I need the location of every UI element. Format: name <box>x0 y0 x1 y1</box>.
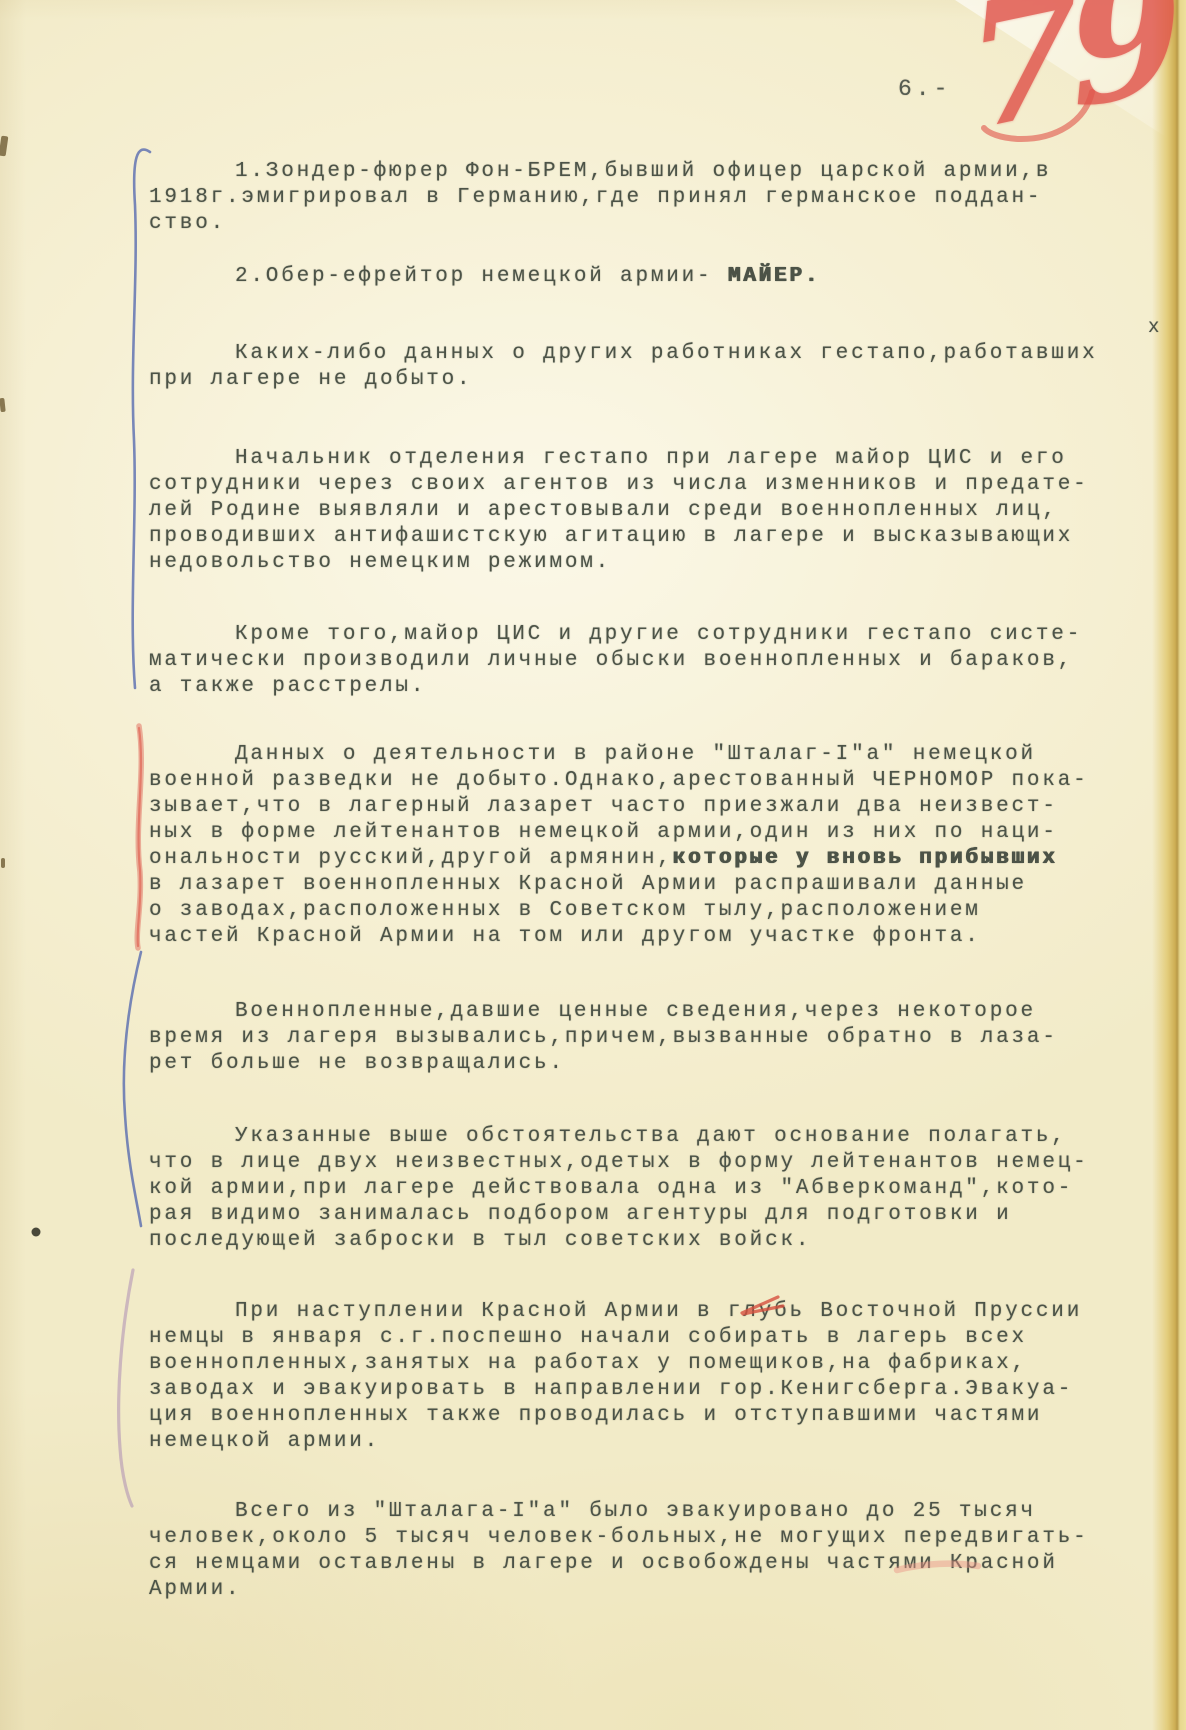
typed-line: Каких-либо данных о других работниках ге… <box>149 341 1098 367</box>
typed-line: Указанные выше обстоятельства дают основ… <box>149 1124 1089 1150</box>
typed-line: рая видимо занималась подбором агентуры … <box>149 1202 1089 1228</box>
typed-line: что в лице двух неизвестных,одетых в фор… <box>149 1150 1089 1176</box>
typed-line: Начальник отделения гестапо при лагере м… <box>149 446 1089 472</box>
typed-line: военной разведки не добыто.Однако,аресто… <box>149 768 1089 794</box>
typed-paragraph: Военнопленные,давшие ценные сведения,чер… <box>149 999 1058 1077</box>
typed-line: зывает,что в лагерный лазарет часто прие… <box>149 794 1089 820</box>
typed-paragraph: Каких-либо данных о других работниках ге… <box>149 341 1098 393</box>
typed-line: а также расстрелы. <box>149 674 1082 700</box>
typed-line: матически производили личные обыски воен… <box>149 648 1082 674</box>
typed-text-layer: 1.Зондер-фюрер Фон-БРЕМ,бывший офицер ца… <box>0 0 1186 1730</box>
typed-paragraph: При наступлении Красной Армии в глубь Во… <box>149 1299 1082 1455</box>
typed-line: проводивших антифашистскую агитацию в ла… <box>149 524 1089 550</box>
typed-line: 1918г.эмигрировал в Германию,где принял … <box>149 185 1051 211</box>
typed-line: о заводах,расположенных в Советском тылу… <box>149 898 1089 924</box>
typed-paragraph: 2.Обер-ефрейтор немецкой армии- МАЙЕР. <box>149 264 820 290</box>
typed-line: Данных о деятельности в районе "Шталаг-I… <box>149 742 1089 768</box>
typed-line: лей Родине выявляли и арестовывали среди… <box>149 498 1089 524</box>
scanned-document: { "page": { "handwritten_number": "79", … <box>0 0 1186 1730</box>
typed-paragraph: Начальник отделения гестапо при лагере м… <box>149 446 1089 576</box>
typed-line: военнопленных,занятых на работах у помещ… <box>149 1351 1082 1377</box>
typed-line: время из лагеря вызывались,причем,вызван… <box>149 1025 1058 1051</box>
typed-line: 1.Зондер-фюрер Фон-БРЕМ,бывший офицер ца… <box>149 159 1051 185</box>
typed-line: немцы в января с.г.поспешно начали собир… <box>149 1325 1082 1351</box>
typed-line: ональности русский,другой армянин,которы… <box>149 846 1089 872</box>
typed-line: ция военнопленных также проводилась и от… <box>149 1403 1082 1429</box>
typed-paragraph: Всего из "Шталага-I"а" было эвакуировано… <box>149 1499 1089 1603</box>
typed-paragraph: Указанные выше обстоятельства дают основ… <box>149 1124 1089 1254</box>
typed-line: Военнопленные,давшие ценные сведения,чер… <box>149 999 1058 1025</box>
typed-line: ся немцами оставлены в лагере и освобожд… <box>149 1551 1089 1577</box>
typed-line: сотрудники через своих агентов из числа … <box>149 472 1089 498</box>
typed-line: кой армии,при лагере действовала одна из… <box>149 1176 1089 1202</box>
typed-line: заводах и эвакуировать в направлении гор… <box>149 1377 1082 1403</box>
typed-line: Кроме того,майор ЦИС и другие сотрудники… <box>149 622 1082 648</box>
typed-line: 2.Обер-ефрейтор немецкой армии- МАЙЕР. <box>149 264 820 290</box>
typed-line: последующей заброски в тыл советских вой… <box>149 1228 1089 1254</box>
typed-line: при лагере не добыто. <box>149 367 1098 393</box>
typed-line: ство. <box>149 211 1051 237</box>
typed-line: недовольство немецким режимом. <box>149 550 1089 576</box>
typed-line: немецкой армии. <box>149 1429 1082 1455</box>
typed-paragraph: Данных о деятельности в районе "Шталаг-I… <box>149 742 1089 950</box>
typed-line: частей Красной Армии на том или другом у… <box>149 924 1089 950</box>
typed-line: При наступлении Красной Армии в глубь Во… <box>149 1299 1082 1325</box>
typed-line: в лазарет военнопленных Красной Армии ра… <box>149 872 1089 898</box>
typed-paragraph: Кроме того,майор ЦИС и другие сотрудники… <box>149 622 1082 700</box>
typed-line: человек,около 5 тысяч человек-больных,не… <box>149 1525 1089 1551</box>
typed-line: Всего из "Шталага-I"а" было эвакуировано… <box>149 1499 1089 1525</box>
typed-line: ных в форме лейтенантов немецкой армии,о… <box>149 820 1089 846</box>
typed-paragraph: 1.Зондер-фюрер Фон-БРЕМ,бывший офицер ца… <box>149 159 1051 237</box>
typed-line: Армии. <box>149 1577 1089 1603</box>
typed-line: рет больше не возвращались. <box>149 1051 1058 1077</box>
